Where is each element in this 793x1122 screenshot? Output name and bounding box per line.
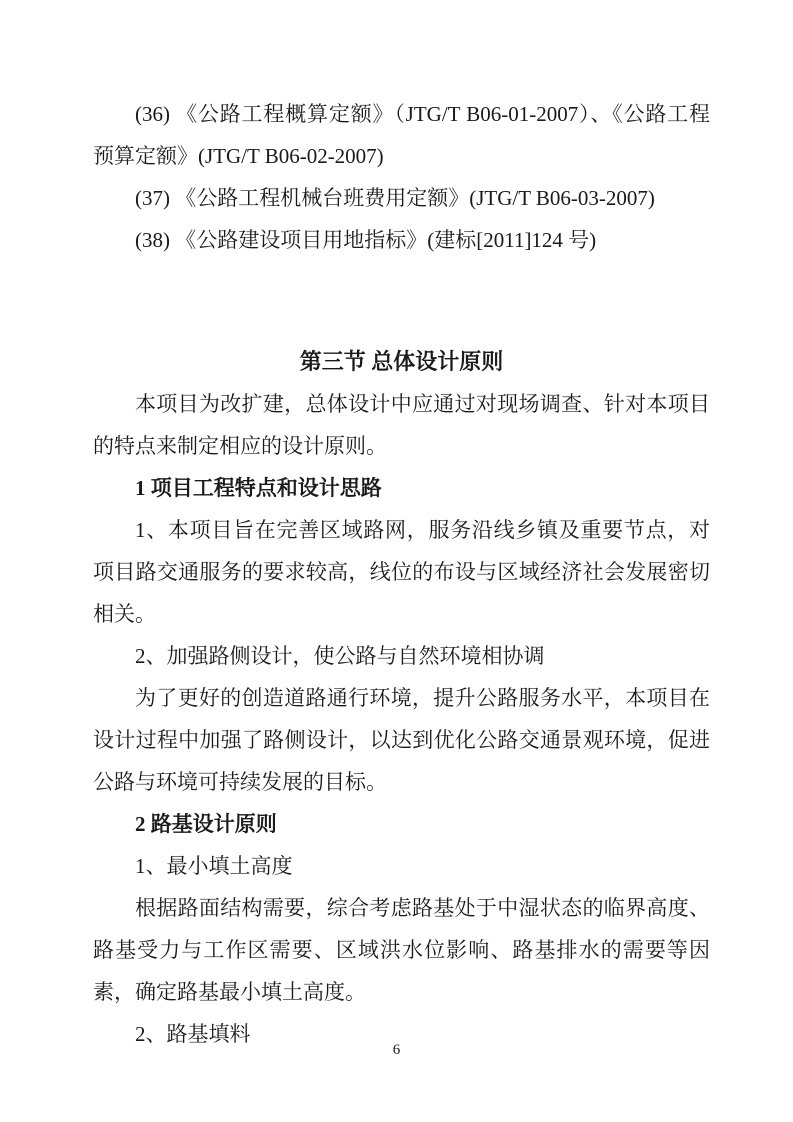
section-intro-paragraph: 本项目为改扩建，总体设计中应通过对现场调查、针对本项目的特点来制定相应的设计原则… bbox=[93, 383, 710, 467]
subheading-subgrade-principles: 2 路基设计原则 bbox=[93, 803, 710, 845]
subheading-project-features: 1 项目工程特点和设计思路 bbox=[93, 467, 710, 509]
document-content: (36) 《公路工程概算定额》（JTG/T B06-01-2007）、《公路工程… bbox=[93, 93, 710, 1055]
paragraph-feature-1: 1、本项目旨在完善区域路网，服务沿线乡镇及重要节点，对项目路交通服务的要求较高，… bbox=[93, 509, 710, 635]
paragraph-min-fill-height: 1、最小填土高度 bbox=[93, 845, 710, 887]
paragraph-feature-2: 2、加强路侧设计，使公路与自然环境相协调 bbox=[93, 635, 710, 677]
paragraph-min-fill-height-detail: 根据路面结构需要，综合考虑路基处于中湿状态的临界高度、路基受力与工作区需要、区域… bbox=[93, 887, 710, 1013]
document-page: (36) 《公路工程概算定额》（JTG/T B06-01-2007）、《公路工程… bbox=[0, 0, 793, 1122]
page-number: 6 bbox=[0, 1038, 793, 1062]
reference-item-38: (38) 《公路建设项目用地指标》(建标[2011]124 号) bbox=[93, 219, 710, 261]
reference-item-36: (36) 《公路工程概算定额》（JTG/T B06-01-2007）、《公路工程… bbox=[93, 93, 710, 177]
section-heading: 第三节 总体设计原则 bbox=[93, 341, 710, 383]
paragraph-feature-2-detail: 为了更好的创造道路通行环境，提升公路服务水平，本项目在设计过程中加强了路侧设计，… bbox=[93, 677, 710, 803]
reference-item-37: (37) 《公路工程机械台班费用定额》(JTG/T B06-03-2007) bbox=[93, 177, 710, 219]
